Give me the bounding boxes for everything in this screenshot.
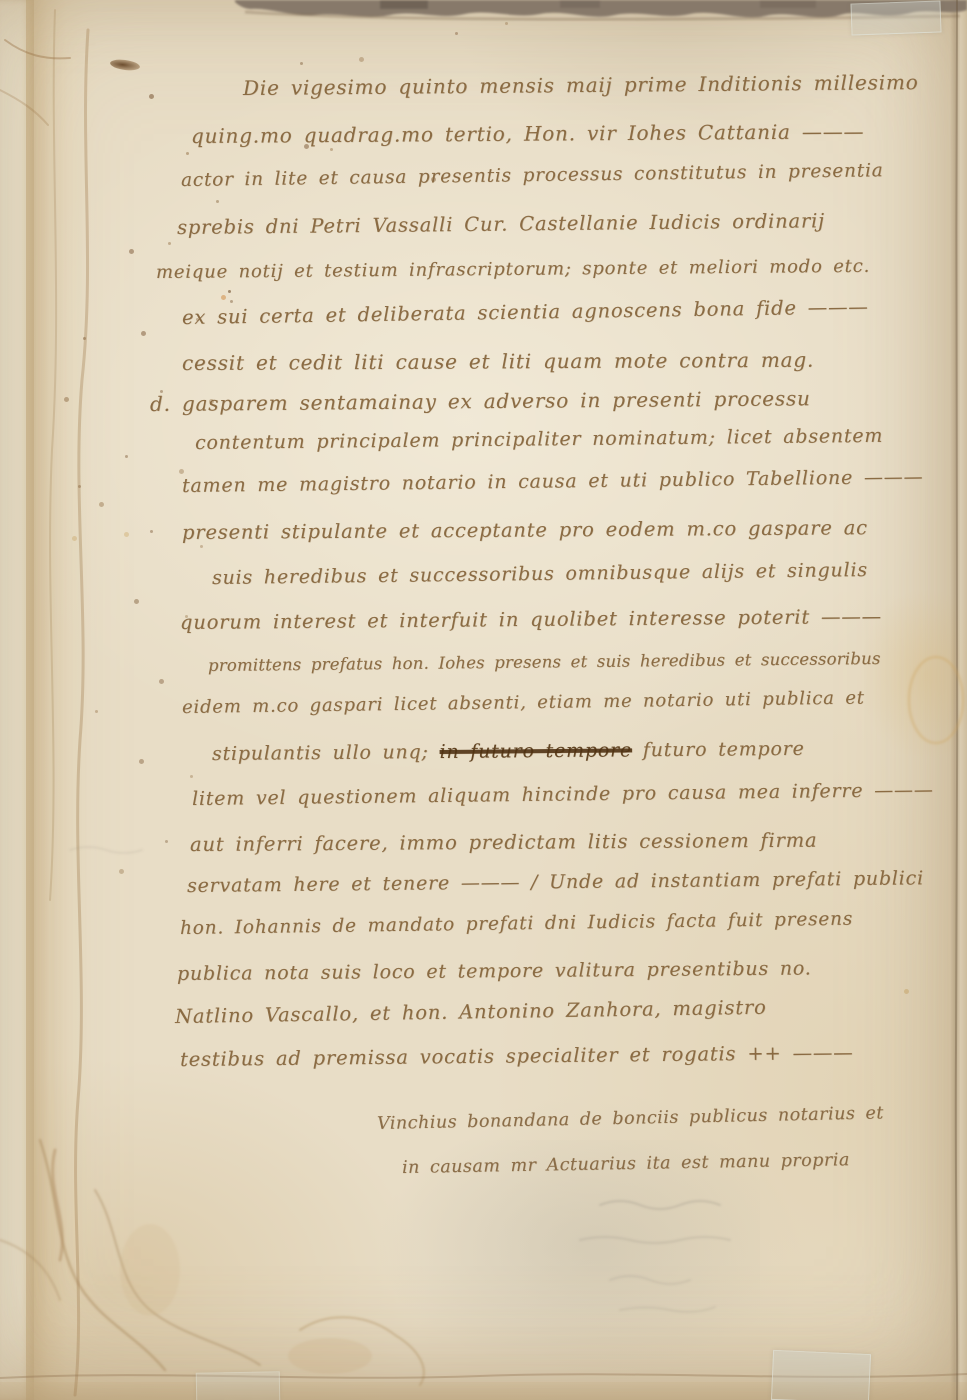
manuscript-line-7: cessit et cedit liti cause et liti quam … (182, 348, 814, 375)
manuscript-line-12: suis heredibus et successoribus omnibusq… (212, 559, 868, 589)
manuscript-line-2: quing.mo quadrag.mo tertio, Hon. vir Ioh… (191, 119, 864, 148)
foxing-spots (0, 0, 3, 3)
manuscript-line-23: testibus ad premissa vocatis specialiter… (180, 1041, 854, 1071)
manuscript-line-4: sprebis dni Petri Vassalli Cur. Castella… (177, 209, 825, 239)
notary-signature-line-1: Vinchius bonandana de bonciis publicus n… (377, 1103, 884, 1134)
manuscript-line-22: Natlino Vascallo, et hon. Antonino Zanho… (175, 996, 767, 1028)
tape-strip-bottom-left (196, 1371, 281, 1400)
tape-strip-bottom-right (771, 1350, 871, 1400)
ink-smudge-top-left (110, 58, 141, 71)
manuscript-line-8: d. gasparem sentamainay ex adverso in pr… (150, 386, 811, 416)
manuscript-line-10: tamen me magistro notario in causa et ut… (182, 466, 924, 497)
manuscript-line-18: aut inferri facere, immo predictam litis… (190, 829, 818, 856)
manuscript-line-9: contentum principalem principaliter nomi… (195, 425, 883, 454)
manuscript-line-6: ex sui certa et deliberata scientia agno… (182, 295, 869, 329)
strike-line-before: stipulantis ullo unq; (212, 741, 440, 765)
manuscript-line-17: litem vel questionem aliquam hincinde pr… (192, 779, 934, 810)
manuscript-line-14: promittens prefatus hon. Iohes presens e… (208, 649, 881, 675)
manuscript-line-3: actor in lite et causa presentis process… (181, 160, 884, 191)
manuscript-line-13: quorum interest et interfuit in quolibet… (180, 605, 882, 634)
manuscript-line-5: meique notij et testium infrascriptorum;… (156, 256, 870, 283)
manuscript-line-20: hon. Iohannis de mandato prefati dni Iud… (180, 909, 853, 939)
manuscript-page-scan: Die vigesimo quinto mensis maij prime In… (0, 0, 967, 1400)
manuscript-line-19: servatam here et tenere ——— / Unde ad in… (187, 867, 924, 897)
manuscript-line-21: publica nota suis loco et tempore valitu… (177, 957, 812, 985)
verso-showthrough-wash (380, 1140, 760, 1370)
manuscript-line-11: presenti stipulante et acceptante pro eo… (182, 516, 868, 544)
strike-line-after: futuro tempore (632, 738, 805, 762)
tape-strip-top-right (850, 0, 941, 35)
manuscript-line-15: eidem m.co gaspari licet absenti, etiam … (182, 687, 865, 718)
strikethrough-text: in futuro tempore (439, 739, 632, 763)
manuscript-line-1: Die vigesimo quinto mensis maij prime In… (243, 70, 919, 100)
page-right-edge (950, 0, 967, 1400)
manuscript-line-16: stipulantis ullo unq; in futuro tempore … (212, 738, 805, 765)
deckle-edge-left (26, 0, 100, 1400)
